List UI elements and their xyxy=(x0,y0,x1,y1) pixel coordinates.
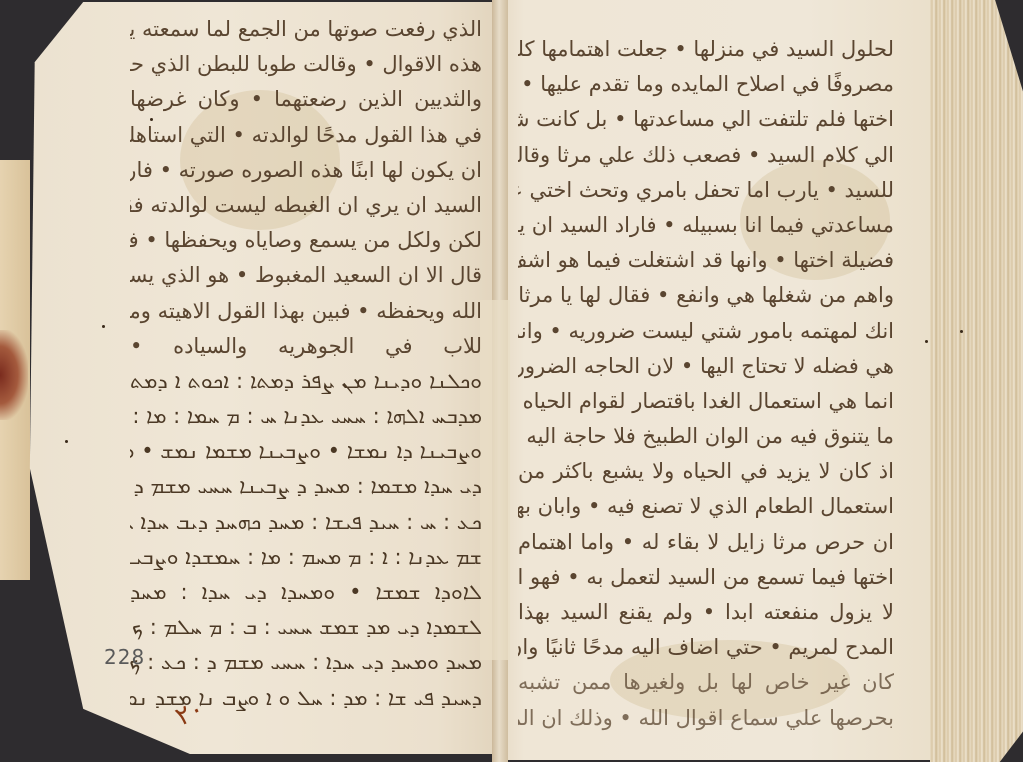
syriac-line: ܡܚܕ ܘܡܚܕ ܕܝ ܚܕܐ : ܚܚܝ ܡܫܡ ܕ : ܟܥ : ܟ : xyxy=(130,645,482,680)
syriac-line: ܠܫܡܕܐ ܕܝ ܡܕ ܫܡܫ ܚܚܝ : ܒ : ܡ ܚܠܡ : ܟ : xyxy=(130,610,482,645)
text-line: الذي رفعت صوتها من الجمع لما سمعته يقول xyxy=(130,12,482,47)
text-line: استعمال الطعام الذي لا تصنع فيه • وابان … xyxy=(518,489,894,524)
text-line: ان يكون لها ابنًا هذه الصوره صورته • فار… xyxy=(130,153,482,188)
text-line: فضيلة اختها • وانها قد اشتغلت فيما هو اش… xyxy=(518,243,894,278)
text-line: ان حرص مرثا زايل لا بقاء له • واما اهتما… xyxy=(518,525,894,560)
folio-number: 228 xyxy=(104,645,145,669)
text-line: اختها فلم تلتفت الي مساعدتها • بل كانت ش… xyxy=(518,102,894,137)
gutter-repair-patch xyxy=(480,300,510,660)
syriac-line: ܠܐܘܕܐ ܫܡܫܐ • ܘܡܚܕܐ ܕܝ ܚܕܐ : ܡܚܕ xyxy=(130,575,482,610)
text-line: في هذا القول مدحًا لوالدته • التي استاهل… xyxy=(130,118,482,153)
syriac-line: ܫܡ ܥܕܢܐ : ܐ : ܡ ܡܚܡ : ܡܐ : ܚܡܫܕܐ ܘܨܒܝܢܐ xyxy=(130,540,482,575)
text-line: هي فضله لا تحتاج اليها • لان الحاجه الضر… xyxy=(518,349,894,384)
ink-speck xyxy=(65,440,68,443)
manuscript-photo: الذي رفعت صوتها من الجمع لما سمعته يقول … xyxy=(0,0,1023,762)
text-line: لكن ولكل من يسمع وصاياه ويحفظها • فلذلك xyxy=(130,223,482,258)
text-line: الله ويحفظه • فبين بهذا القول الاهيته وم… xyxy=(130,294,482,329)
text-line: المدح لمريم • حتي اضاف اليه مدحًا ثانيًا… xyxy=(518,630,894,665)
right-page-text: لحلول السيد في منزلها • جعلت اهتمامها كل… xyxy=(518,32,894,736)
ink-speck xyxy=(960,330,963,333)
red-wax-stain xyxy=(0,330,28,420)
text-line: للسيد • يارب اما تحفل بامري وتحث اختي عل… xyxy=(518,173,894,208)
text-line: لا يزول منفعته ابدا • ولم يقنع السيد بهذ… xyxy=(518,595,894,630)
text-line: مساعدتي فيما انا بسبيله • فاراد السيد ان… xyxy=(518,208,894,243)
text-line: اختها فيما تسمع من السيد لتعمل به • فهو … xyxy=(518,560,894,595)
syriac-line: ܘܨܒܝܢܐ ܕܐ ܢܡܫܐ • ܘܨܒܝܢܐ ܡܫܡܐ ܢܡܫ • ܘܡܬܒ xyxy=(130,434,482,469)
text-line: ما يتنوق فيه من الوان الطبيخ فلا حاجة ال… xyxy=(518,419,894,454)
syriac-line: ܕܝ ܚܕܐ ܡܫܡܐ : ܡܚܕ ܕ ܨܒܝܢܐ ܚܚܝ ܡܫܡ ܕ : xyxy=(130,469,482,504)
text-line: انك لمهتمه بامور شتي ليست ضروريه • وانما xyxy=(518,314,894,349)
syriac-line: ܘܟܠܢܐ ܘܕܝܢܐ ܡܢ ܨܦܪ ܕܡܬܐ : ܐܟܘܬ ܐ ܕܡܬ xyxy=(130,364,482,399)
text-line: الي كلام السيد • فصعب ذلك علي مرثا وقالت xyxy=(518,138,894,173)
text-line: للاب في الجوهريه والسياده • xyxy=(130,329,482,364)
ink-speck xyxy=(925,340,928,343)
text-line: اذ كان لا يزيد في الحياه ولا يشبع باكثر … xyxy=(518,454,894,489)
text-line: هذه الاقوال • وقالت طوبا للبطن الذي حملك… xyxy=(130,47,482,82)
syriac-rubric-line: ܟܥ : ܚ : ܚܝܕ ܦܝܫܐ : ܡܚܕ ܟܗܚܕ ܕܝܒ ܚܕܐ ܚܚܝ xyxy=(130,505,482,540)
text-line: واهم من شغلها هي وانفع • فقال لها يا مرث… xyxy=(518,278,894,313)
text-line: السيد ان يري ان الغبطه ليست لوالدته فقط … xyxy=(130,188,482,223)
text-line: والثديين الذين رضعتهما • وكان غرضها xyxy=(130,82,482,117)
text-line: مصروفًا في اصلاح المايده وما تقدم عليها … xyxy=(518,67,894,102)
text-line: انما هي استعمال الغدا باقتصار لقوام الحي… xyxy=(518,384,894,419)
ink-speck xyxy=(150,118,153,121)
text-line: كان غير خاص لها بل ولغيرها ممن تشبه xyxy=(518,665,894,700)
text-line: لحلول السيد في منزلها • جعلت اهتمامها كل… xyxy=(518,32,894,67)
ink-speck xyxy=(102,325,105,328)
syriac-line: ܡܕܒܚ ܐܠܗܐ : ܚܚܝ ܥܕܢܐ ܚ : ܡ ܚܡܐ : ܡܐ : ܚܐ… xyxy=(130,399,482,434)
text-line: قال الا ان السعيد المغبوط • هو الذي يسمع… xyxy=(130,258,482,293)
left-page-text: الذي رفعت صوتها من الجمع لما سمعته يقول … xyxy=(130,12,482,716)
fore-edge-leaves xyxy=(930,0,1023,762)
text-line: بحرصها علي سماع اقوال الله • وذلك ان الم… xyxy=(518,701,894,736)
